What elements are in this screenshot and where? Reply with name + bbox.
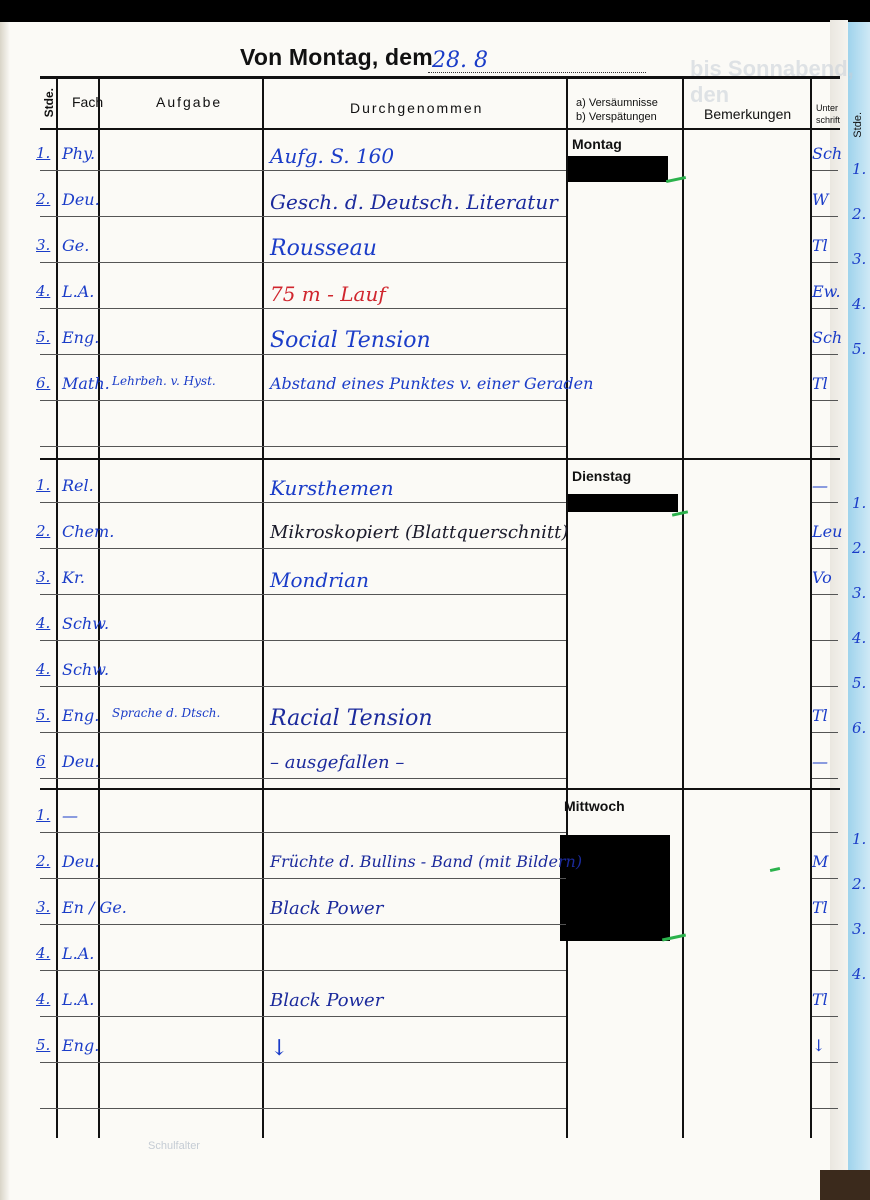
topic-cell: Black Power (270, 990, 383, 1011)
row-rule (40, 970, 566, 971)
row-rule-signature (812, 502, 838, 503)
row-rule (40, 594, 566, 595)
row-rule-signature (812, 594, 838, 595)
row-rule (40, 262, 566, 263)
next-page-lesson-number: 3. (852, 920, 866, 938)
row-rule-signature (812, 640, 838, 641)
topic-cell: 75 m - Lauf (270, 282, 386, 306)
topic-cell: Rousseau (270, 236, 377, 261)
teacher-signature: Tl (812, 236, 828, 255)
row-rule (40, 400, 566, 401)
teacher-signature: — (812, 752, 828, 771)
lesson-number: 6 (36, 752, 46, 770)
teacher-signature: Tl (812, 898, 828, 917)
subject-cell: Ge. (62, 236, 89, 255)
row-rule (40, 640, 566, 641)
row-rule (40, 170, 566, 171)
lesson-number: 4. (36, 990, 50, 1008)
redaction-box (560, 835, 670, 941)
lesson-number: 5. (36, 1036, 50, 1054)
redaction-box (568, 156, 668, 182)
topic-cell: Racial Tension (270, 706, 433, 731)
lesson-number: 2. (36, 190, 50, 208)
topic-cell: Aufg. S. 160 (270, 144, 394, 168)
lesson-number: 3. (36, 236, 50, 254)
teacher-signature: Ew. (812, 282, 841, 301)
subject-cell: Deu. (62, 190, 100, 209)
lesson-number: 5. (36, 328, 50, 346)
lesson-number: 2. (36, 852, 50, 870)
assignment-cell: Lehrbeh. v. Hyst. (112, 374, 216, 388)
teacher-signature: Tl (812, 706, 828, 725)
row-rule-signature (812, 1016, 838, 1017)
lesson-number: 2. (36, 522, 50, 540)
lesson-number: 3. (36, 568, 50, 586)
next-page-lesson-number: 4. (852, 295, 866, 313)
col-divider-fach (98, 78, 100, 1138)
week-date: 28. 8 (432, 48, 488, 73)
subject-cell: Deu. (62, 752, 100, 771)
subject-cell: Phy. (62, 144, 95, 163)
topic-cell: Social Tension (270, 328, 431, 353)
subject-cell: L.A. (62, 990, 94, 1009)
row-rule (40, 446, 566, 447)
subject-cell: Rel. (62, 476, 94, 495)
row-rule (40, 778, 566, 779)
next-page-lesson-number: 1. (852, 160, 866, 178)
row-rule (40, 1016, 566, 1017)
teacher-signature: Tl (812, 374, 828, 393)
day-label: Dienstag (572, 468, 631, 484)
topic-cell: – ausgefallen – (270, 752, 404, 773)
subject-cell: — (62, 806, 78, 825)
subject-cell: Eng. (62, 1036, 99, 1055)
day-separator-rule (40, 458, 840, 460)
lesson-number: 4. (36, 944, 50, 962)
row-rule-signature (812, 1062, 838, 1063)
header-unterschrift-2: schrift (816, 114, 840, 127)
topic-cell: ↓ (270, 1036, 288, 1061)
teacher-signature: — (812, 476, 828, 495)
topic-cell: Kursthemen (270, 476, 394, 500)
next-page-lesson-number: 2. (852, 205, 866, 223)
header-stde: Stde. (42, 88, 56, 117)
subject-cell: Deu. (62, 852, 100, 871)
subject-cell: L.A. (62, 282, 94, 301)
header-bemerkungen: Bemerkungen (704, 106, 791, 122)
teacher-signature: Sch (812, 328, 842, 347)
row-rule-signature (812, 170, 838, 171)
next-page-lesson-number: 2. (852, 875, 866, 893)
teacher-signature: Vo (812, 568, 832, 587)
header-aufgabe: Aufgabe (156, 94, 222, 110)
row-rule (40, 502, 566, 503)
next-page-lesson-number: 1. (852, 830, 866, 848)
row-rule (40, 832, 566, 833)
lesson-number: 1. (36, 476, 50, 494)
subject-cell: Math. (62, 374, 110, 393)
next-page-stde-header: Stde. (852, 112, 864, 138)
next-page-lesson-number: 5. (852, 340, 866, 358)
row-rule-signature (812, 924, 838, 925)
subject-cell: L.A. (62, 944, 94, 963)
topic-cell: Black Power (270, 898, 383, 919)
next-page-lesson-number: 4. (852, 629, 866, 647)
subject-cell: Eng. (62, 328, 99, 347)
row-rule-signature (812, 548, 838, 549)
page-title: Von Montag, dem (240, 44, 433, 71)
lesson-number: 5. (36, 706, 50, 724)
lesson-number: 3. (36, 898, 50, 916)
row-rule (40, 308, 566, 309)
lesson-number: 1. (36, 144, 50, 162)
subject-cell: Schw. (62, 614, 109, 633)
col-divider-versaeumnisse (682, 78, 684, 1138)
header-versaeumnisse-a: a) Versäumnisse (576, 97, 658, 110)
next-page-lesson-number: 6. (852, 719, 866, 737)
next-page-edge: Stde. 1.2.3.4.5.1.2.3.4.5.6.1.2.3.4. (848, 22, 870, 1172)
row-rule (40, 216, 566, 217)
col-divider-durchgenommen (566, 78, 568, 1138)
header-versaeumnisse-b: b) Verspätungen (576, 111, 657, 124)
header-top-rule (40, 76, 840, 79)
teacher-signature: Sch (812, 144, 842, 163)
row-rule-signature (812, 262, 838, 263)
row-rule-signature (812, 216, 838, 217)
day-separator-rule (40, 788, 840, 790)
lesson-number: 4. (36, 660, 50, 678)
day-label: Montag (572, 136, 622, 152)
row-rule-signature (812, 778, 838, 779)
next-page-lesson-number: 5. (852, 674, 866, 692)
teacher-signature: Leu (812, 522, 842, 541)
row-rule-signature (812, 832, 838, 833)
teacher-signature: M (812, 852, 828, 871)
next-page-lesson-number: 4. (852, 965, 866, 983)
day-label: Mittwoch (564, 798, 625, 814)
teacher-signature: W (812, 190, 828, 209)
row-rule-signature (812, 400, 838, 401)
row-rule-signature (812, 308, 838, 309)
header-bottom-rule (40, 128, 840, 130)
publisher-footer: Schulfalter (148, 1140, 200, 1152)
lesson-number: 4. (36, 282, 50, 300)
lesson-number: 1. (36, 806, 50, 824)
col-divider-aufgabe (262, 78, 264, 1138)
row-rule (40, 732, 566, 733)
row-rule-signature (812, 732, 838, 733)
topic-cell: Abstand eines Punktes v. einer Geraden (270, 374, 593, 393)
teacher-signature: ↓ (812, 1036, 825, 1055)
page-spine (830, 20, 848, 1200)
next-page-lesson-number: 3. (852, 250, 866, 268)
row-rule-signature (812, 686, 838, 687)
topic-cell: Mondrian (270, 568, 369, 592)
subject-cell: Kr. (62, 568, 85, 587)
next-page-lesson-number: 3. (852, 584, 866, 602)
topic-cell: Gesch. d. Deutsch. Literatur (270, 190, 558, 214)
subject-cell: Chem. (62, 522, 114, 541)
lesson-number: 6. (36, 374, 50, 392)
subject-cell: Eng. (62, 706, 99, 725)
topic-cell: Mikroskopiert (Blattquerschnitt) (270, 522, 568, 543)
header-durchgenommen: Durchgenommen (350, 100, 483, 116)
row-rule-signature (812, 878, 838, 879)
row-rule-signature (812, 970, 838, 971)
next-page-lesson-number: 1. (852, 494, 866, 512)
teacher-signature: Tl (812, 990, 828, 1009)
row-rule-signature (812, 1108, 838, 1109)
row-rule (40, 1108, 566, 1109)
row-rule (40, 686, 566, 687)
row-rule-signature (812, 446, 838, 447)
row-rule (40, 548, 566, 549)
lesson-number: 4. (36, 614, 50, 632)
row-rule (40, 354, 566, 355)
background-shadow (820, 1170, 870, 1200)
subject-cell: Schw. (62, 660, 109, 679)
row-rule (40, 1062, 566, 1063)
redaction-box (568, 494, 678, 512)
subject-cell: En / Ge. (62, 898, 127, 917)
next-page-lesson-number: 2. (852, 539, 866, 557)
col-divider-stde (56, 78, 58, 1138)
show-through-text: bis Sonnabend, den (690, 56, 870, 108)
row-rule (40, 924, 566, 925)
row-rule (40, 878, 566, 879)
assignment-cell: Sprache d. Dtsch. (112, 706, 220, 720)
row-rule-signature (812, 354, 838, 355)
topic-cell: Früchte d. Bullins - Band (mit Bildern) (270, 852, 582, 871)
